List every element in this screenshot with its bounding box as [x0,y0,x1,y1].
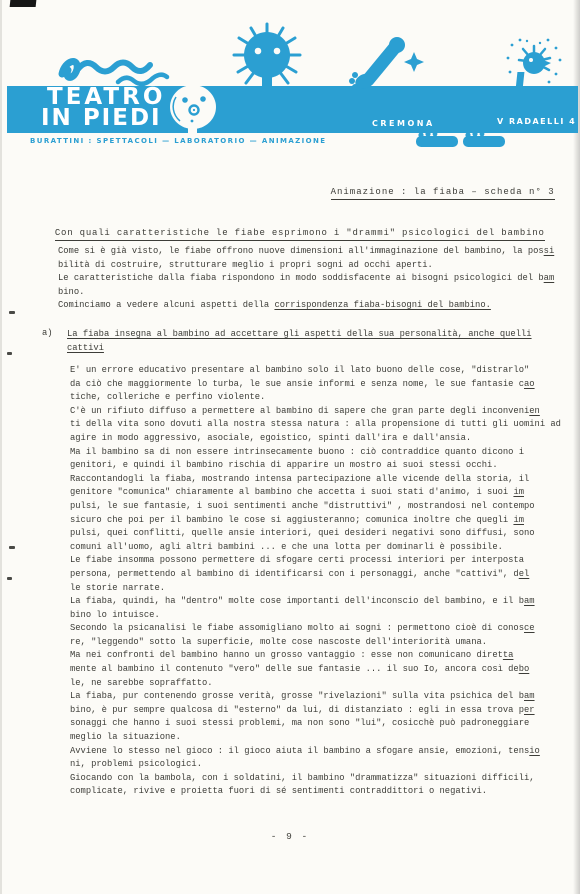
doc-heading-text: Con quali caratteristiche le fiabe espri… [55,228,545,241]
intro-paragraph: Come si è già visto, le fiabe offrono nu… [58,245,554,313]
margin-mark [7,577,12,580]
banner-author-label: V RADAELLI 4 [497,117,576,126]
margin-mark [9,546,15,549]
header-banner: TEATRO IN PIEDI CREMONA V RADAELLI 4 [7,86,578,133]
scan-corner-mark [10,0,37,7]
feet-doodle-icon [416,131,505,147]
logo-teatro-in-piedi: TEATRO IN PIEDI [47,87,165,129]
scan-edge-line [0,0,2,894]
scanned-document-page: TEATRO IN PIEDI CREMONA V RADAELLI 4 [0,0,580,894]
doc-title-text: Animazione : la fiaba – scheda n° 3 [331,187,555,200]
star-icon [404,52,424,72]
section-a-body: E' un errore educativo presentare al bam… [70,364,561,799]
section-a-label: a) [42,328,53,338]
speckles [507,39,562,84]
club-and-star-doodle-icon [349,37,424,91]
banner-tagline: BURATTINI : SPETTACOLI — LABORATORIO — A… [30,137,326,145]
doc-title: Animazione : la fiaba – scheda n° 3 [305,177,555,210]
page-number: - 9 - [0,831,580,842]
wave-scribble-doodle-icon [62,62,167,84]
logo-line2: IN PIEDI [41,108,165,129]
banner-city-label: CREMONA [372,119,435,128]
margin-mark [9,311,15,314]
scan-edge-shadow [573,0,580,894]
section-a-heading: La fiaba insegna al bambino ad accettare… [67,328,532,355]
small-creature-doodle-icon [507,39,562,88]
hairy-face-doodle-icon [234,24,300,88]
margin-mark [7,352,12,355]
